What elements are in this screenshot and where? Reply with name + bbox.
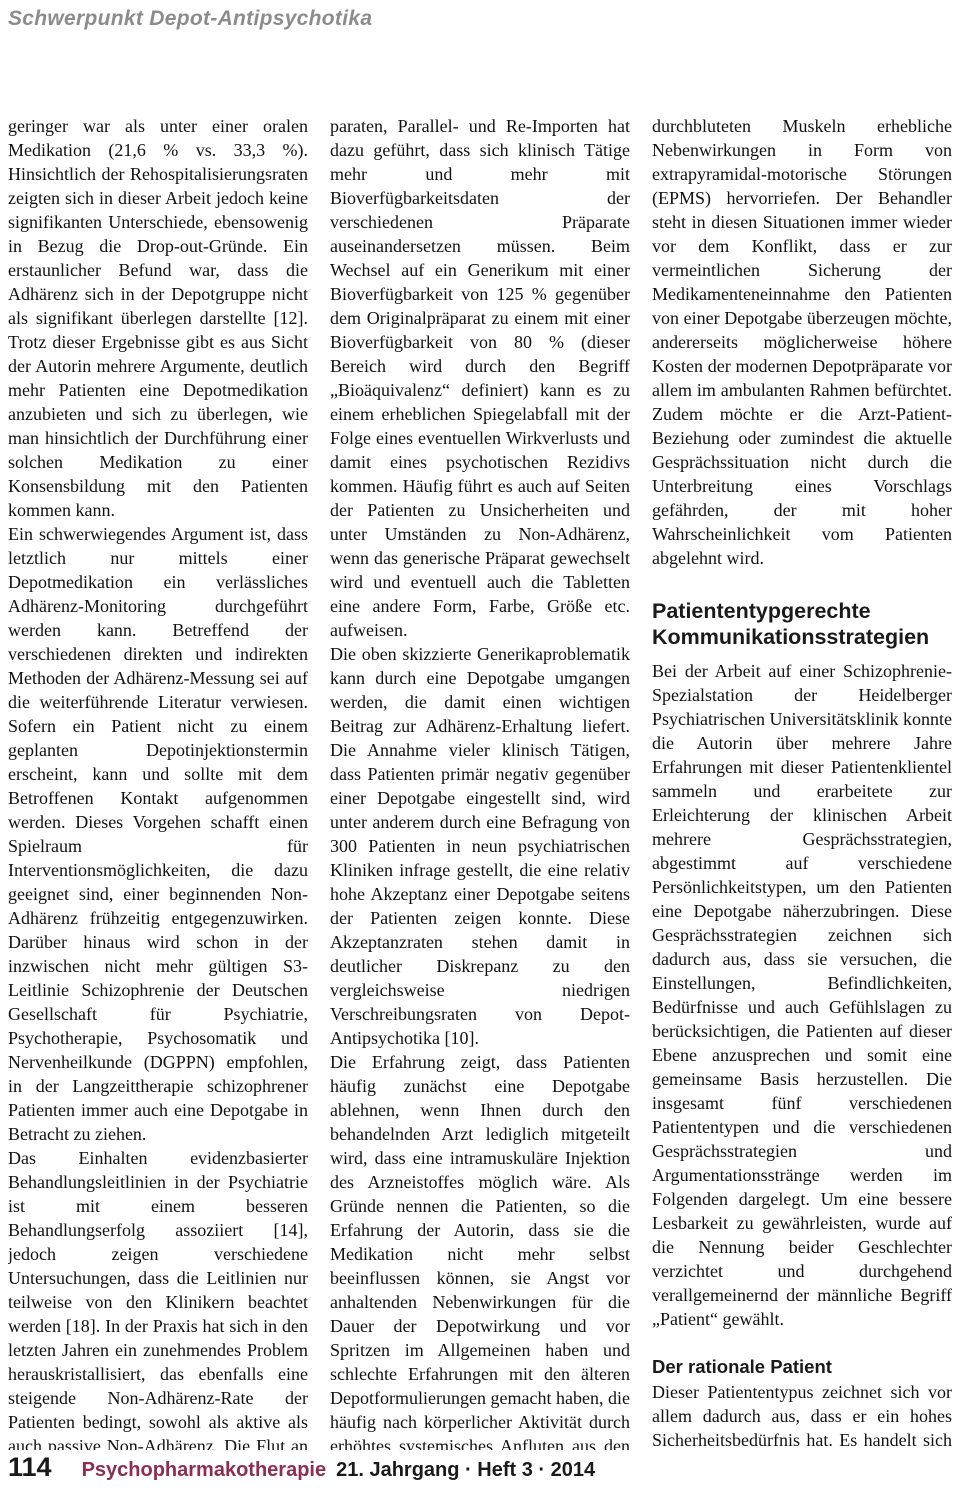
column-3: durchbluteten Muskeln erhebliche Nebenwi… bbox=[652, 114, 952, 1450]
article-columns: geringer war als unter einer oralen Medi… bbox=[8, 114, 952, 1450]
paragraph: Das Einhalten evidenzbasierter Behandlun… bbox=[8, 1146, 308, 1450]
paragraph: Die oben skizzierte Generikaproblematik … bbox=[330, 642, 630, 1050]
paragraph: Dieser Patiententypus zeichnet sich vor … bbox=[652, 1380, 952, 1450]
section-title: Schwerpunkt Depot-Antipsychotika bbox=[8, 7, 372, 30]
page-number: 114 bbox=[8, 1452, 52, 1483]
subsection-heading: Der rationale Patient bbox=[652, 1355, 952, 1379]
paragraph: Die Erfahrung zeigt, dass Patienten häuf… bbox=[330, 1050, 630, 1450]
journal-name: Psychopharmakotherapie bbox=[82, 1459, 327, 1482]
paragraph: Ein schwerwiegendes Argument ist, dass l… bbox=[8, 522, 308, 1146]
running-head: Schwerpunkt Depot-Antipsychotika bbox=[8, 7, 372, 31]
paragraph: paraten, Parallel- und Re-Importen hat d… bbox=[330, 114, 630, 642]
page-footer: 114 Psychopharmakotherapie 21. Jahrgang … bbox=[8, 1452, 595, 1483]
journal-page: Schwerpunkt Depot-Antipsychotika geringe… bbox=[0, 0, 960, 1499]
paragraph: geringer war als unter einer oralen Medi… bbox=[8, 114, 308, 522]
paragraph: durchbluteten Muskeln erhebliche Nebenwi… bbox=[652, 114, 952, 570]
column-1: geringer war als unter einer oralen Medi… bbox=[8, 114, 308, 1450]
paragraph: Bei der Arbeit auf einer Schizophrenie-S… bbox=[652, 659, 952, 1331]
issue-info: 21. Jahrgang · Heft 3 · 2014 bbox=[336, 1459, 595, 1482]
column-2: paraten, Parallel- und Re-Importen hat d… bbox=[330, 114, 630, 1450]
section-heading: Patiententypgerechte Kommunikationsstrat… bbox=[652, 598, 952, 650]
